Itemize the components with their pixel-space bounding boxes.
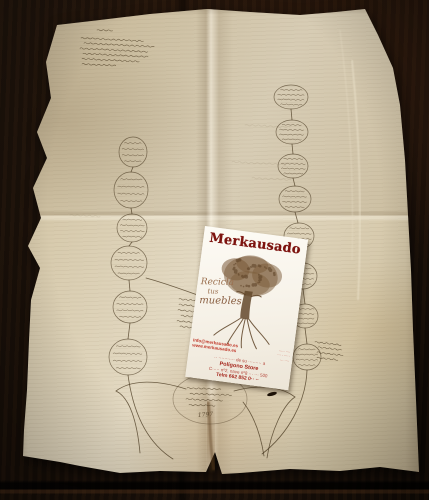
card-side-lines: ····· ···· ··· · ····· ··· ···· <box>276 348 290 363</box>
card-tagline: Recicla tus muebles <box>200 278 242 306</box>
tagline-line-3: muebles <box>199 296 242 306</box>
photo-of-genealogy-manuscript: 1797 Merkausado <box>0 0 429 500</box>
merkausado-business-card: Merkausado Recicla tu <box>185 226 308 390</box>
